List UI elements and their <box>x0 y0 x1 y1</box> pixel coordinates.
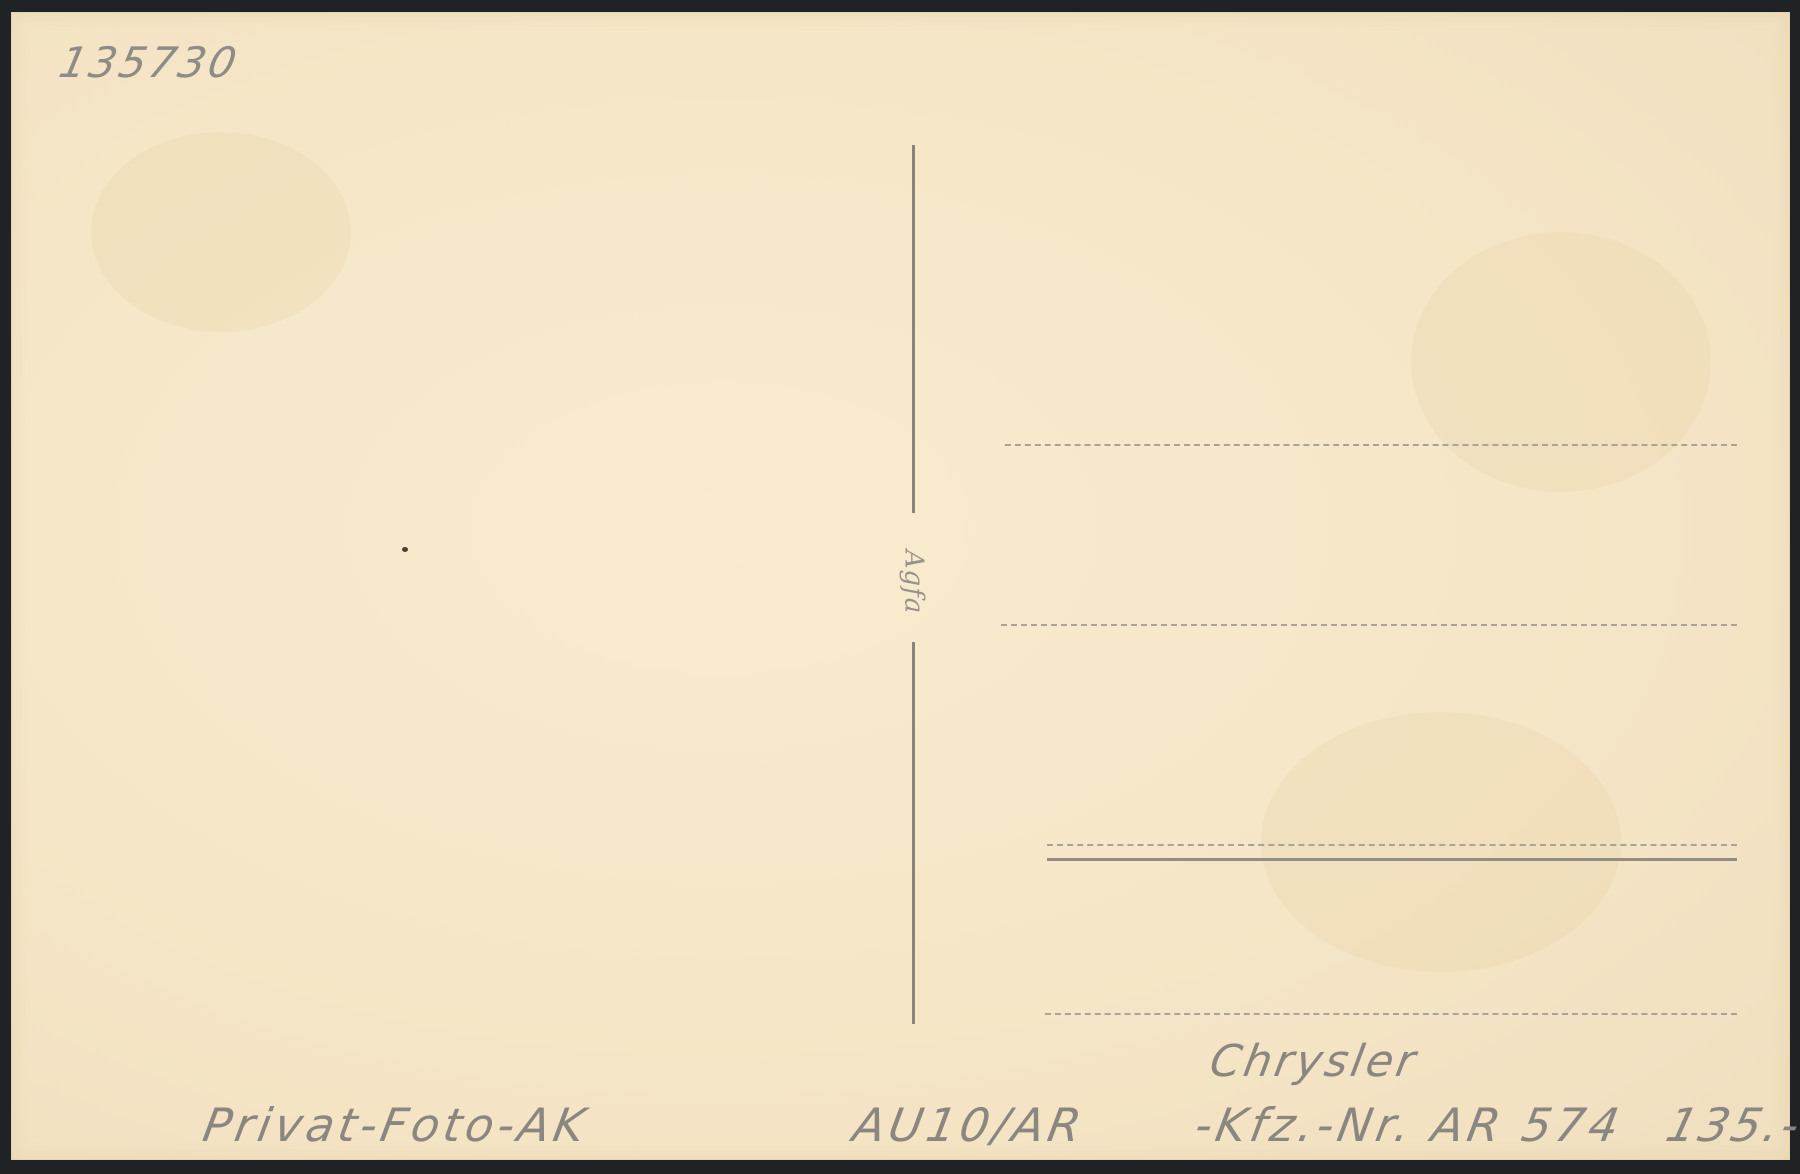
category-note: Privat-Foto-AK <box>199 1098 593 1152</box>
code-note: AU10/AR <box>849 1098 1089 1152</box>
maker-mark-text: Agfa <box>898 550 928 615</box>
agfa-maker-mark: Agfa <box>898 547 928 617</box>
address-line-1 <box>1005 444 1737 446</box>
address-line-underline <box>1047 858 1737 861</box>
paper-stain <box>91 132 351 332</box>
inventory-number: 135730 <box>55 38 244 87</box>
paper-stain <box>1411 232 1711 492</box>
center-divider-bottom <box>912 642 915 1024</box>
address-line-4 <box>1045 1013 1737 1015</box>
postcard-back: 135730 Agfa Privat-Foto-AK AU10/AR Chrys… <box>11 12 1790 1160</box>
paper-stain <box>1261 712 1621 972</box>
paper-speck <box>402 547 408 552</box>
brand-note: Chrysler <box>1206 1036 1422 1087</box>
price-note: 135.- <box>1661 1098 1800 1152</box>
plate-note: -Kfz.-Nr. AR 574 <box>1191 1098 1627 1152</box>
address-line-2 <box>1001 624 1737 626</box>
center-divider-top <box>912 145 915 513</box>
address-line-3 <box>1047 844 1737 846</box>
